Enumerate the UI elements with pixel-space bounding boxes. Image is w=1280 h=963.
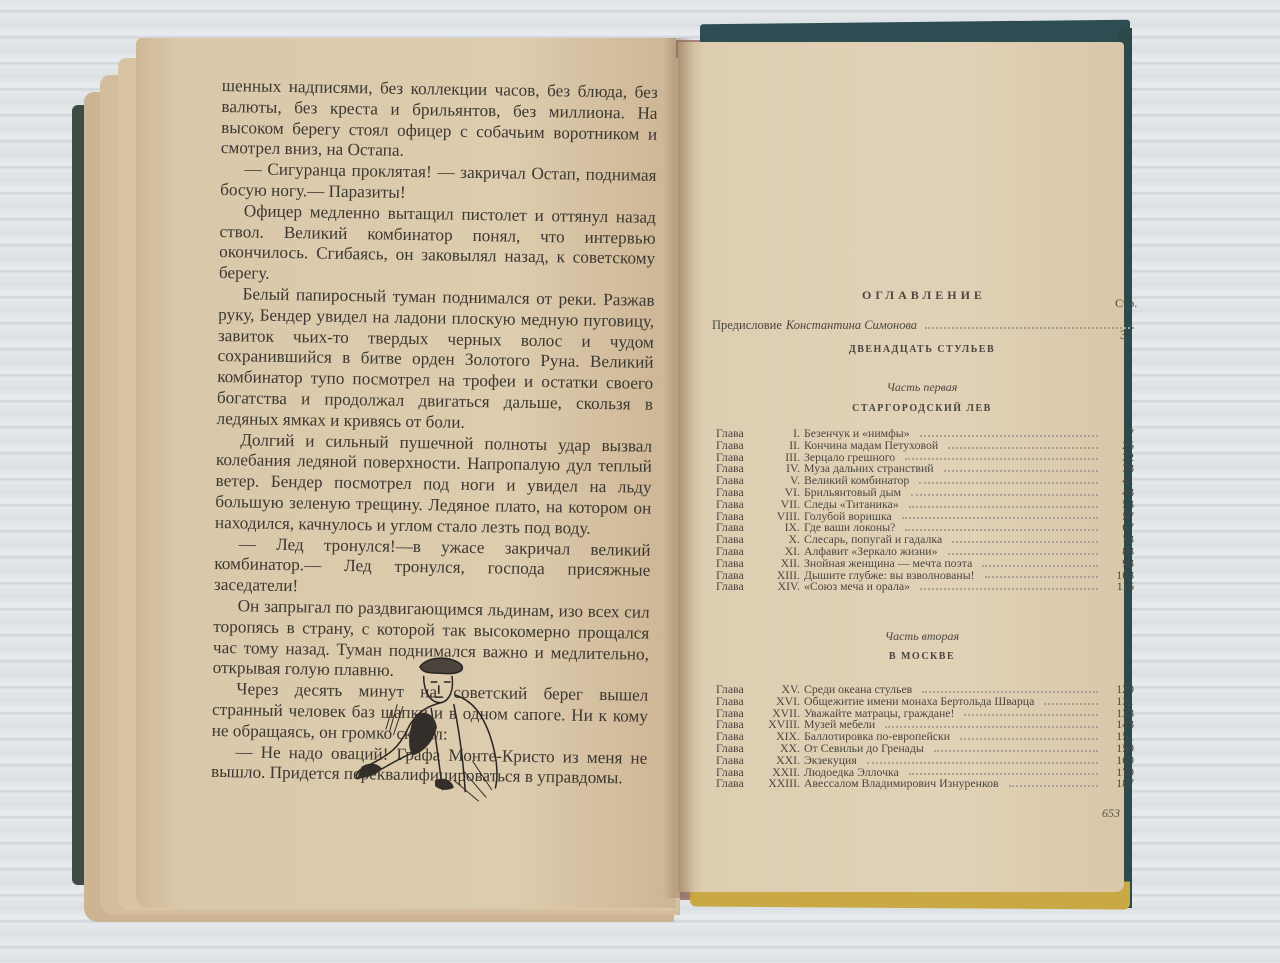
toc-row: ГлаваV.Великий комбинатор41 <box>716 475 1134 487</box>
dot-leader <box>1044 696 1098 705</box>
chapter-title: Авессалом Владимирович Изнуренков <box>804 778 999 790</box>
dot-leader <box>952 534 1098 543</box>
dot-leader <box>944 463 1098 472</box>
glava-label: Глава <box>716 778 760 790</box>
dot-leader <box>982 558 1098 567</box>
dot-leader <box>934 743 1098 752</box>
dot-leader <box>911 487 1098 496</box>
book-title: ДВЕНАДЦАТЬ СТУЛЬЕВ <box>712 344 1132 355</box>
dot-leader <box>919 475 1098 484</box>
part2-label: Часть вторая <box>712 629 1132 644</box>
dot-leader <box>909 499 1098 508</box>
dot-leader <box>985 570 1098 579</box>
paragraph: шенных надписями, без коллекции часов, б… <box>221 76 658 166</box>
toc-preface-entry: Предисловие Константина Симонова 3 <box>712 318 1142 333</box>
preface-author: Константина Симонова <box>786 318 917 333</box>
toc-title: ОГЛАВЛЕНИЕ <box>862 288 986 303</box>
chapter-title: «Союз меча и орала» <box>804 581 910 593</box>
dot-leader <box>885 719 1098 728</box>
chapter-page: 187 <box>1108 778 1134 790</box>
part2-title: В МОСКВЕ <box>712 651 1132 662</box>
part1-title: СТАРГОРОДСКИЙ ЛЕВ <box>712 403 1132 414</box>
dot-leader <box>867 755 1098 764</box>
dot-leader <box>964 708 1098 717</box>
paragraph: Долгий и сильный пушечной полноты удар в… <box>215 430 653 541</box>
part1-chapter-list: ГлаваI.Безенчук и «нимфы»17 ГлаваII.Конч… <box>716 428 1134 593</box>
paragraph: — Лед тронулся!—в ужасе закричал великий… <box>214 533 651 602</box>
man-sketch-illustration <box>340 648 530 818</box>
chapter-page: 116 <box>1108 581 1134 593</box>
dot-leader <box>909 767 1098 776</box>
dot-leader <box>902 511 1098 520</box>
paragraph: — Сигуранца проклятая! — закричал Остап,… <box>220 159 657 207</box>
chapter-number: XIV. <box>760 581 800 593</box>
dot-leader <box>925 318 1134 329</box>
book-gutter <box>664 38 694 898</box>
dot-leader <box>920 428 1098 437</box>
dot-leader <box>920 581 1098 590</box>
paragraph: Офицер медленно вытащил пистолет и оттян… <box>219 201 656 291</box>
page-number: 653 <box>1102 806 1120 821</box>
toc-row: ГлаваXXIII.Авессалом Владимирович Изнуре… <box>716 778 1134 790</box>
toc-row: ГлаваXIV.«Союз меча и орала»116 <box>716 581 1134 593</box>
dot-leader <box>905 452 1098 461</box>
preface-page: 3 <box>1120 328 1126 343</box>
part2-chapter-list: ГлаваXV.Среди океана стульев129 ГлаваXVI… <box>716 684 1134 790</box>
dot-leader <box>1009 778 1098 787</box>
dot-leader <box>948 546 1099 555</box>
paragraph: Белый папиросный туман поднимался от рек… <box>216 284 654 436</box>
part1-label: Часть первая <box>712 380 1132 395</box>
toc-row: ГлаваVI.Брильянтовый дым48 <box>716 487 1134 499</box>
book-photo: шенных надписями, без коллекции часов, б… <box>0 0 1280 963</box>
dot-leader <box>960 731 1098 740</box>
dot-leader <box>905 522 1098 531</box>
glava-label: Глава <box>716 581 760 593</box>
toc-row: ГлаваVIII.Голубой воришка57 <box>716 511 1134 523</box>
dot-leader <box>922 684 1098 693</box>
dot-leader <box>948 440 1098 449</box>
toc-row: ГлаваII.Кончина мадам Петуховой25 <box>716 440 1134 452</box>
preface-label: Предисловие <box>712 318 782 333</box>
toc-row: ГлаваXIX.Баллотировка по-европейски151 <box>716 731 1134 743</box>
page-column-label: Стр. <box>1115 296 1137 311</box>
toc-row: ГлаваIV.Муза дальних странствий38 <box>716 463 1134 475</box>
chapter-number: XXIII. <box>760 778 800 790</box>
